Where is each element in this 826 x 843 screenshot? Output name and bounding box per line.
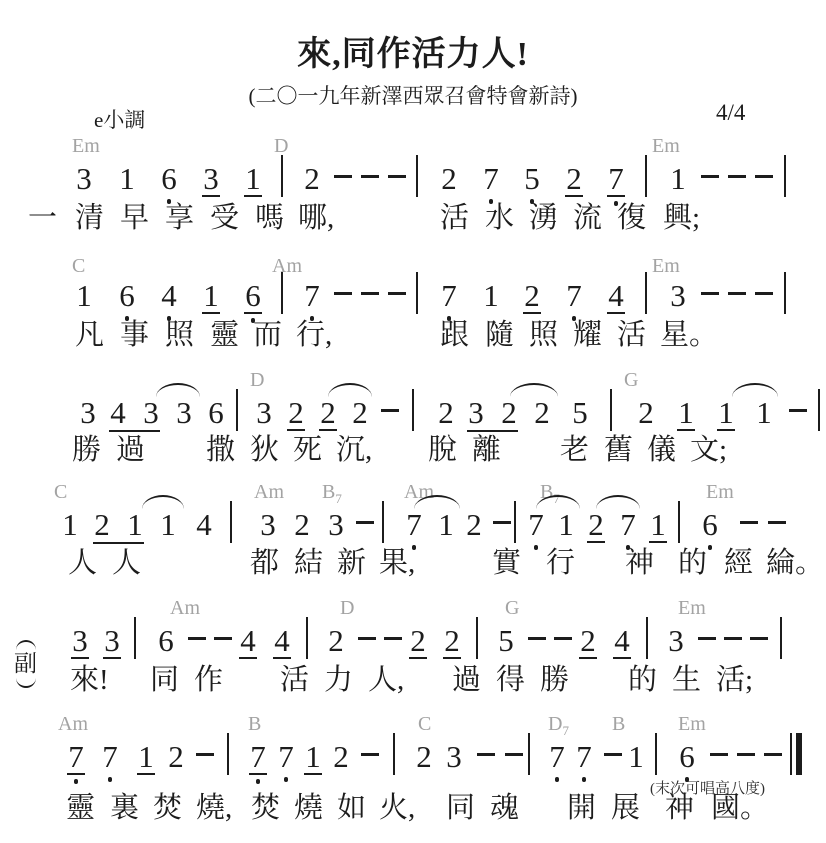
lyric-syllable: 早	[120, 203, 149, 233]
lyric-syllable: 生	[672, 665, 701, 695]
duration-dash	[361, 292, 379, 295]
lyric-syllable: 儀	[647, 435, 676, 465]
note-digit: 6	[157, 625, 175, 657]
barline	[416, 155, 418, 197]
low-octave-dot	[256, 779, 261, 784]
note: 4	[273, 625, 291, 659]
time-signature: 4/4	[716, 100, 745, 126]
note: 3	[175, 397, 193, 429]
lyric-syllable: 老	[560, 435, 589, 465]
note: 6	[160, 163, 178, 204]
lyric-syllable: 果,	[379, 548, 415, 578]
note: 3	[445, 741, 463, 773]
lyric-syllable: 湧	[529, 203, 558, 233]
slur-arc	[142, 495, 184, 509]
lyric-syllable: 靈	[66, 793, 95, 823]
note-digit: 2	[415, 741, 433, 773]
lyric-syllable: 同	[150, 665, 179, 695]
note: 1	[677, 397, 695, 431]
final-barline	[790, 733, 792, 775]
chord-label: D	[340, 598, 354, 618]
note: 2	[579, 625, 597, 659]
note: 3	[71, 625, 89, 659]
duration-dash	[789, 409, 807, 412]
lyric-syllable: 一	[28, 203, 57, 233]
lyric-syllable: 展	[611, 793, 640, 823]
lyric-syllable: 開	[567, 793, 596, 823]
note: 1	[304, 741, 322, 775]
note-digit: 1	[649, 509, 667, 543]
lyric-syllable: 文;	[690, 435, 727, 465]
marker-character: 副	[14, 651, 37, 677]
duration-dash	[698, 637, 716, 640]
lyric-syllable: 燒,	[196, 793, 232, 823]
note: 5	[497, 625, 515, 657]
note: 7	[619, 509, 637, 550]
marker-paren-top	[16, 640, 36, 650]
note-digit: 2	[523, 280, 541, 314]
note-digit: 7	[482, 163, 500, 195]
note-digit: 3	[445, 741, 463, 773]
chord-label: Am	[58, 714, 88, 734]
note-digit: 2	[443, 625, 461, 659]
note-digit: 3	[103, 625, 121, 659]
note-digit: 3	[255, 397, 273, 429]
note-digit: 2	[579, 625, 597, 659]
note-digit: 3	[259, 509, 277, 541]
lyric-syllable: 凡	[75, 320, 104, 350]
note-digit: 1	[717, 397, 735, 431]
note: 1	[118, 163, 136, 195]
note: 2	[327, 625, 345, 657]
note: 4	[160, 280, 178, 321]
note: 3	[259, 509, 277, 541]
duration-dash	[334, 292, 352, 295]
duration-dash	[388, 292, 406, 295]
lyric-syllable: 都	[250, 548, 279, 578]
note: 1	[75, 280, 93, 312]
lyric-syllable: 勝	[540, 665, 569, 695]
lyric-syllable: 脫	[428, 435, 457, 465]
note: 7	[607, 163, 625, 206]
note-digit: 4	[195, 509, 213, 541]
beamed-note-group: 32	[467, 397, 518, 432]
note: 4	[195, 509, 213, 541]
duration-dash	[554, 637, 572, 640]
note-digit: 3	[202, 163, 220, 197]
note: 2	[332, 741, 350, 773]
note: 1	[669, 163, 687, 195]
note: 7	[482, 163, 500, 204]
slur-arc	[732, 383, 778, 397]
lyric-syllable: 實	[492, 548, 521, 578]
chord-label: D	[274, 136, 288, 156]
barline	[134, 617, 136, 659]
note: 1	[244, 163, 262, 197]
note: 2	[415, 741, 433, 773]
note-digit: 3	[667, 625, 685, 657]
lyric-syllable: 魂	[490, 793, 519, 823]
note: 6	[701, 509, 719, 550]
beamed-note-group: 43	[109, 397, 160, 432]
note-digit: 7	[277, 741, 295, 773]
chord-label: Em	[706, 482, 734, 502]
note: 1	[557, 509, 575, 541]
chord-seventh: 7	[335, 491, 342, 506]
note: 1	[627, 741, 645, 773]
note: 1	[61, 509, 79, 541]
barline	[306, 617, 308, 659]
note-digit: 3	[327, 509, 345, 541]
barline	[230, 501, 232, 543]
note-digit: 2	[351, 397, 369, 429]
note-digit: 7	[67, 741, 85, 775]
barline	[784, 155, 786, 197]
note-digit: 1	[557, 509, 575, 541]
lyric-syllable: 燒	[294, 793, 323, 823]
note: 7	[527, 509, 545, 550]
note-digit: 2	[327, 625, 345, 657]
barline	[655, 733, 657, 775]
note-digit: 6	[160, 163, 178, 195]
note-digit: 1	[202, 280, 220, 314]
duration-dash	[604, 753, 622, 756]
lyric-syllable: 力	[324, 665, 353, 695]
note-digit: 5	[523, 163, 541, 195]
beamed-note-group: 21	[93, 509, 144, 544]
note-digit: 1	[304, 741, 322, 775]
note: 3	[667, 625, 685, 657]
slur-arc	[328, 383, 372, 397]
chord-label: G	[624, 370, 638, 390]
note: 2	[303, 163, 321, 195]
chord-label: G	[505, 598, 519, 618]
note-digit: 2	[565, 163, 583, 197]
chord-label: C	[72, 256, 85, 276]
note-digit: 3	[467, 397, 485, 429]
lyric-syllable: 耀	[573, 320, 602, 350]
slur-arc	[596, 495, 640, 509]
note-digit: 1	[75, 280, 93, 312]
lyric-syllable: 清	[75, 203, 104, 233]
barline	[610, 389, 612, 431]
note: 3	[79, 397, 97, 429]
note-digit: 2	[287, 397, 305, 431]
note-digit: 7	[607, 163, 625, 197]
barline	[281, 155, 283, 197]
low-octave-dot	[284, 777, 289, 782]
lyric-syllable: 受	[210, 203, 239, 233]
note: 2	[465, 509, 483, 541]
duration-dash	[361, 175, 379, 178]
note-digit: 7	[565, 280, 583, 312]
lyric-syllable: 綸。	[766, 548, 824, 578]
lyric-syllable: 流	[573, 203, 602, 233]
lyric-syllable: 裏	[110, 793, 139, 823]
duration-dash	[384, 637, 402, 640]
note-digit: 6	[207, 397, 225, 429]
note: 1	[755, 397, 773, 429]
note-digit: 2	[587, 509, 605, 543]
key-signature: e小調	[94, 104, 145, 134]
note: 2	[293, 509, 311, 541]
low-octave-dot	[582, 777, 587, 782]
lyric-syllable: 人	[112, 548, 141, 578]
chord-label: D	[250, 370, 264, 390]
barline	[645, 155, 647, 197]
lyric-syllable: 哪,	[298, 203, 334, 233]
lyric-syllable: 水	[485, 203, 514, 233]
lyric-syllable: 的	[678, 548, 707, 578]
chorus-marker: 副	[14, 640, 37, 688]
barline	[818, 389, 820, 431]
chord-label: Am	[272, 256, 302, 276]
note-digit: 2	[319, 397, 337, 431]
note: 1	[482, 280, 500, 312]
note-digit: 4	[160, 280, 178, 312]
note-digit: 2	[332, 741, 350, 773]
lyric-syllable: 過	[116, 435, 145, 465]
note: 7	[101, 741, 119, 782]
note-digit: 1	[126, 509, 144, 541]
note: 1	[649, 509, 667, 543]
note-digit: 5	[497, 625, 515, 657]
note-digit: 1	[437, 509, 455, 541]
barline	[281, 272, 283, 314]
duration-dash	[728, 292, 746, 295]
note-digit: 6	[678, 741, 696, 773]
note-digit: 1	[627, 741, 645, 773]
note: 6	[118, 280, 136, 321]
lyric-syllable: 行,	[296, 320, 332, 350]
note: 4	[613, 625, 631, 659]
barline	[784, 272, 786, 314]
lyric-syllable: 來!	[70, 665, 109, 695]
duration-dash	[724, 637, 742, 640]
low-octave-dot	[74, 779, 79, 784]
barline	[678, 501, 680, 543]
note-digit: 5	[571, 397, 589, 429]
slur-arc	[510, 383, 558, 397]
note: 2	[437, 397, 455, 429]
note-digit: 6	[701, 509, 719, 541]
lyric-syllable: 離	[472, 435, 501, 465]
note: 4	[607, 280, 625, 314]
song-title: 來,同作活力人!	[0, 26, 826, 75]
lyric-syllable: 嗎	[255, 203, 284, 233]
duration-dash	[388, 175, 406, 178]
note: 7	[575, 741, 593, 782]
chord-label: C	[418, 714, 431, 734]
barline	[476, 617, 478, 659]
note-digit: 2	[533, 397, 551, 429]
note-digit: 4	[239, 625, 257, 659]
lyric-syllable: 舊	[604, 435, 633, 465]
lyric-syllable: 享	[165, 203, 194, 233]
duration-dash	[358, 637, 376, 640]
note: 2	[587, 509, 605, 543]
note-digit: 2	[465, 509, 483, 541]
note-digit: 3	[669, 280, 687, 312]
note-digit: 6	[118, 280, 136, 312]
note: 5	[523, 163, 541, 204]
chord-seventh: 7	[562, 723, 569, 738]
lyric-syllable: 活;	[716, 665, 753, 695]
lyric-syllable: 興;	[663, 203, 700, 233]
lyric-syllable: 新	[337, 548, 366, 578]
note: 7	[67, 741, 85, 784]
note: 2	[523, 280, 541, 314]
lyric-syllable: 結	[294, 548, 323, 578]
low-octave-dot	[108, 777, 113, 782]
note: 2	[443, 625, 461, 659]
note-digit: 7	[303, 280, 321, 312]
note: 7	[565, 280, 583, 321]
lyric-syllable: 復	[617, 203, 646, 233]
note: 6	[244, 280, 262, 323]
note: 3	[202, 163, 220, 197]
note-digit: 1	[61, 509, 79, 541]
barline	[780, 617, 782, 659]
lyric-syllable: 經	[724, 548, 753, 578]
note: 1	[717, 397, 735, 431]
chord-label: C	[54, 482, 67, 502]
note-digit: 4	[109, 397, 127, 429]
lyric-syllable: 過	[452, 665, 481, 695]
note: 7	[303, 280, 321, 321]
duration-dash	[740, 521, 758, 524]
duration-dash	[764, 753, 782, 756]
note-digit: 7	[575, 741, 593, 773]
barline	[382, 501, 384, 543]
lyric-syllable: 沉,	[336, 435, 372, 465]
chord-label: B7	[322, 482, 342, 505]
note-digit: 2	[293, 509, 311, 541]
duration-dash	[528, 637, 546, 640]
lyric-syllable: 人,	[368, 665, 404, 695]
barline	[227, 733, 229, 775]
lyric-syllable: 隨	[485, 320, 514, 350]
note-digit: 1	[677, 397, 695, 431]
lyric-syllable: 如	[337, 793, 366, 823]
note: 7	[405, 509, 423, 550]
note-digit: 3	[142, 397, 160, 429]
chord-label: Em	[72, 136, 100, 156]
note: 6	[157, 625, 175, 657]
note: 7	[277, 741, 295, 782]
note-digit: 7	[101, 741, 119, 773]
duration-dash	[750, 637, 768, 640]
lyric-syllable: 跟	[440, 320, 469, 350]
chord-label: Em	[678, 714, 706, 734]
lyric-syllable: 焚	[153, 793, 182, 823]
note: 6	[207, 397, 225, 429]
note-digit: 1	[755, 397, 773, 429]
chord-label: D7	[548, 714, 569, 737]
note-digit: 1	[482, 280, 500, 312]
note: 3	[327, 509, 345, 541]
barline	[645, 272, 647, 314]
lyric-syllable: 狄	[250, 435, 279, 465]
note-digit: 7	[548, 741, 566, 773]
barline	[646, 617, 648, 659]
note: 6	[678, 741, 696, 782]
note: 2	[440, 163, 458, 195]
note: 3	[255, 397, 273, 429]
note-digit: 2	[500, 397, 518, 429]
note-digit: 6	[244, 280, 262, 314]
note: 2	[351, 397, 369, 429]
lyric-syllable: 行	[546, 548, 575, 578]
lyric-syllable: 人	[68, 548, 97, 578]
lyric-syllable: 活	[440, 203, 469, 233]
duration-dash	[477, 753, 495, 756]
lyric-syllable: 的	[628, 665, 657, 695]
barline	[528, 733, 530, 775]
note: 2	[565, 163, 583, 197]
barline	[393, 733, 395, 775]
note-digit: 2	[93, 509, 111, 541]
note-digit: 2	[409, 625, 427, 659]
duration-dash	[381, 409, 399, 412]
note-digit: 3	[79, 397, 97, 429]
note: 2	[409, 625, 427, 659]
note: 1	[137, 741, 155, 775]
barline	[412, 389, 414, 431]
note-digit: 1	[669, 163, 687, 195]
lyric-syllable: 作	[194, 665, 223, 695]
lyric-syllable: 撒	[206, 435, 235, 465]
note: 7	[249, 741, 267, 784]
lyric-syllable: 勝	[72, 435, 101, 465]
chord-label: Am	[254, 482, 284, 502]
lyric-syllable: 活	[280, 665, 309, 695]
octave-instruction: (末次可唱高八度)	[650, 777, 765, 798]
note: 3	[75, 163, 93, 195]
chord-label: Am	[170, 598, 200, 618]
note: 2	[637, 397, 655, 429]
low-octave-dot	[534, 545, 539, 550]
lyric-syllable: 火,	[379, 793, 415, 823]
barline	[416, 272, 418, 314]
lyric-syllable: 照	[529, 320, 558, 350]
note-digit: 1	[159, 509, 177, 541]
duration-dash	[701, 292, 719, 295]
note-digit: 2	[440, 163, 458, 195]
note-digit: 3	[71, 625, 89, 659]
note: 1	[159, 509, 177, 541]
duration-dash	[334, 175, 352, 178]
note-digit: 2	[437, 397, 455, 429]
note: 2	[167, 741, 185, 773]
barline	[236, 389, 238, 431]
chord-label: B	[248, 714, 261, 734]
note: 1	[202, 280, 220, 314]
note-digit: 3	[75, 163, 93, 195]
lyric-syllable: 得	[496, 665, 525, 695]
note-digit: 7	[405, 509, 423, 541]
marker-paren-bottom	[16, 678, 36, 688]
chord-label: Em	[652, 136, 680, 156]
note: 1	[437, 509, 455, 541]
note: 7	[548, 741, 566, 782]
low-octave-dot	[708, 545, 713, 550]
lyric-syllable: 神	[625, 548, 654, 578]
note-digit: 1	[137, 741, 155, 775]
lyric-syllable: 星。	[660, 320, 718, 350]
duration-dash	[710, 753, 728, 756]
chord-label: Em	[652, 256, 680, 276]
